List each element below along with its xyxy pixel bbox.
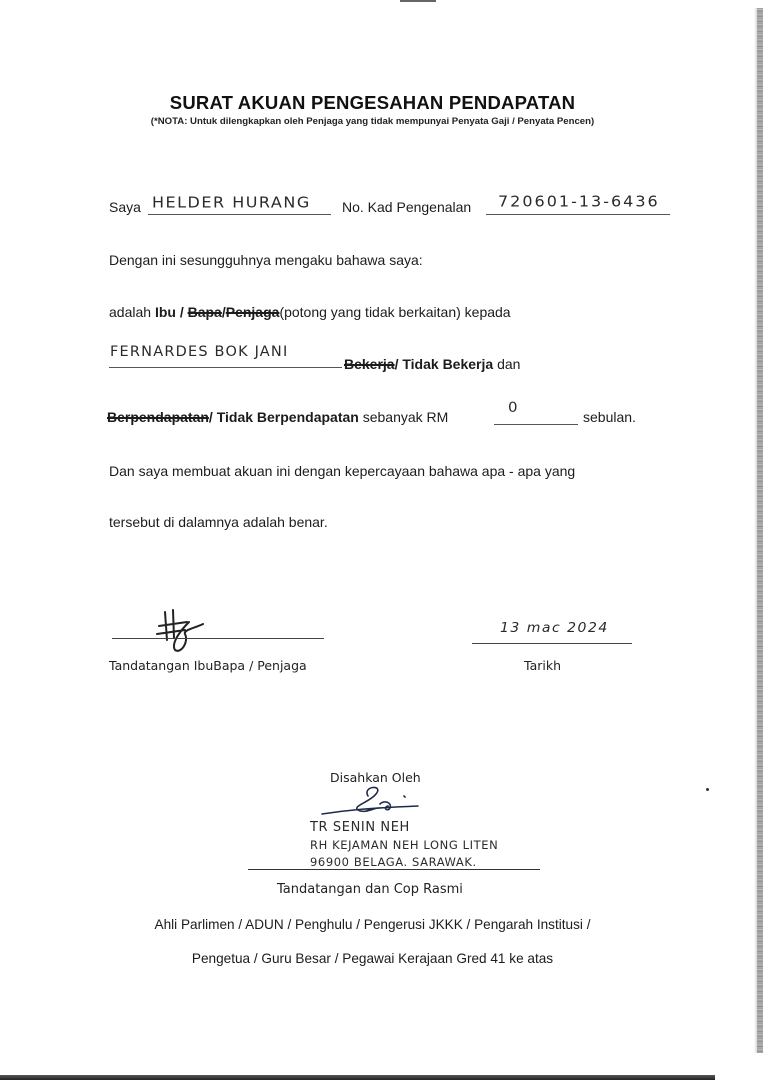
- document-title: SURAT AKUAN PENGESAHAN PENDAPATAN: [0, 92, 745, 114]
- status-bekerja-struck: Bekerja: [344, 356, 395, 372]
- role-ibu: Ibu /: [155, 304, 184, 320]
- statement-line5: Dan saya membuat akuan ini dengan keperc…: [109, 463, 575, 479]
- paper-speck: [706, 788, 709, 791]
- text-sebulan: sebulan.: [583, 409, 636, 425]
- role-bapa-struck: Bapa: [188, 304, 222, 320]
- disahkan-oleh-label: Disahkan Oleh: [330, 770, 421, 785]
- text-sebanyak: sebanyak RM: [363, 409, 449, 425]
- paper-right-edge: [757, 8, 763, 1053]
- date-field[interactable]: 13 mac 2024: [500, 620, 609, 635]
- authority-line1: Ahli Parlimen / ADUN / Penghulu / Penger…: [0, 917, 745, 932]
- status-berpendapatan-struck: Berpendapatan: [107, 409, 209, 425]
- statement-line1: Dengan ini sesungguhnya mengaku bahawa s…: [109, 252, 423, 268]
- stamp-address-line1: RH KEJAMAN NEH LONG LITEN: [310, 838, 498, 852]
- date-line: [472, 643, 632, 644]
- status-tidak-bekerja: / Tidak Bekerja: [395, 356, 494, 372]
- official-signature-line: [248, 869, 540, 870]
- text-dan: dan: [497, 356, 520, 372]
- paper-bottom-edge: [0, 1075, 715, 1080]
- official-signature-icon[interactable]: [318, 784, 428, 818]
- paper-top-mark: [400, 0, 436, 2]
- stamp-address-line2: 96900 BELAGA. SARAWAK.: [310, 855, 477, 869]
- document-note: (*NOTA: Untuk dilengkapkan oleh Penjaga …: [0, 116, 745, 127]
- date-label: Tarikh: [524, 658, 561, 673]
- role-penjaga-struck: Penjaga: [226, 304, 280, 320]
- income-amount-field[interactable]: 0: [508, 398, 519, 415]
- declarant-name-field[interactable]: HELDER HURANG: [152, 193, 311, 211]
- statement-line6: tersebut di dalamnya adalah benar.: [109, 514, 328, 530]
- employment-status-line: Bekerja/ Tidak Bekerja dan: [344, 356, 520, 372]
- ic-underline: [486, 214, 670, 215]
- income-status-line: Berpendapatan/ Tidak Berpendapatan seban…: [107, 409, 448, 425]
- dependent-name-field[interactable]: FERNARDES BOK JANI: [110, 344, 288, 359]
- text-potong: (potong yang tidak berkaitan) kepada: [279, 304, 510, 320]
- label-saya: Saya: [109, 199, 141, 215]
- ic-number-field[interactable]: 720601-13-6436: [498, 192, 660, 210]
- income-underline: [494, 424, 578, 425]
- official-signature-label: Tandatangan dan Cop Rasmi: [277, 882, 463, 897]
- text-adalah: adalah: [109, 304, 151, 320]
- parent-signature-label: Tandatangan IbuBapa / Penjaga: [109, 658, 307, 673]
- name-underline: [148, 214, 331, 215]
- status-tidak-berpendapatan: / Tidak Berpendapatan: [209, 409, 359, 425]
- authority-line2: Pengetua / Guru Besar / Pegawai Kerajaan…: [0, 951, 745, 966]
- parent-signature-line: [112, 638, 324, 639]
- dependent-underline: [109, 367, 342, 368]
- statement-role-line: adalah Ibu / Bapa/Penjaga(potong yang ti…: [109, 304, 511, 320]
- stamp-name: TR SENIN NEH: [310, 820, 410, 835]
- parent-signature-icon[interactable]: [145, 608, 215, 653]
- label-ic: No. Kad Pengenalan: [342, 199, 471, 215]
